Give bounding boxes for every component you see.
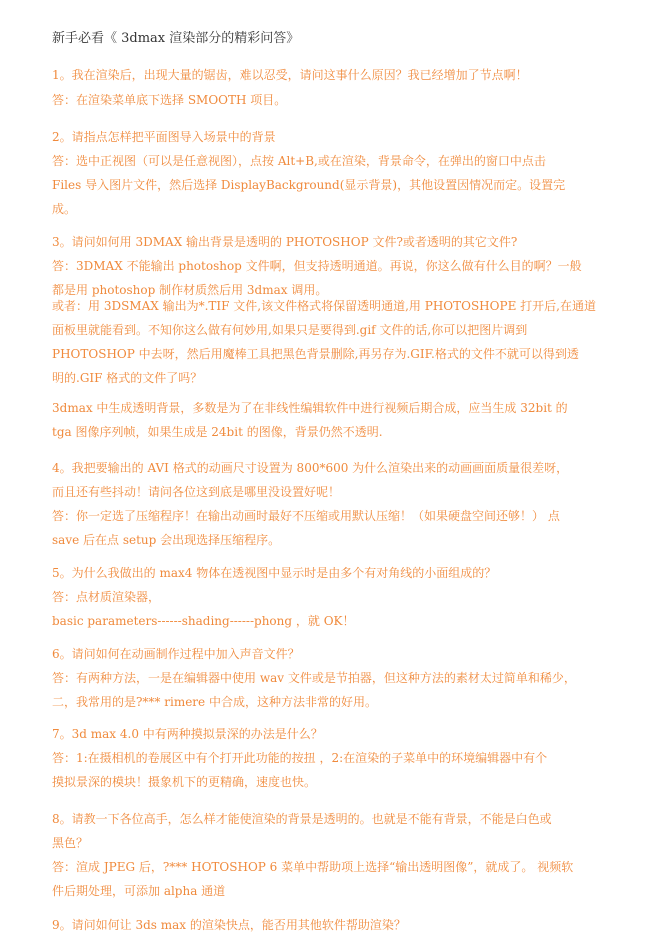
text-line: 1。我在渲染后，出现大量的锯齿，难以忍受，请问这事什么原因？我已经增加了节点啊！ [52, 66, 528, 83]
text-line: 成。 [52, 200, 76, 217]
text-line: 4。我把要输出的 AVI 格式的动画尺寸设置为 800*600 为什么渲染出来的… [52, 459, 568, 476]
text-line: 件后期处理，可添加 alpha 通道 [52, 882, 225, 899]
text-line: 答：在渲染菜单底下选择 SMOOTH 项目。 [52, 91, 286, 108]
text-line: 答：有两种方法，一是在编辑器中使用 wav 文件或是节拍器，但这种方法的素材太过… [52, 669, 576, 686]
text-line: 明的.GIF 格式的文件了吗？ [52, 369, 202, 386]
text-line: 2。请指点怎样把平面图导入场景中的背景 [52, 128, 276, 145]
text-line: basic parameters------shading------phong… [52, 612, 355, 629]
text-line: 7。3d max 4.0 中有两种摸拟景深的办法是什么？ [52, 725, 323, 742]
text-line: 面板里就能看到。不知你这么做有何妙用,如果只是要得到.gif 文件的话,你可以把… [52, 321, 527, 338]
text-line: 答：选中正视图（可以是任意视图），点按 Alt+B,或在渲染，背景命令，在弹出的… [52, 152, 546, 169]
text-line: 黑色？ [52, 834, 88, 851]
text-line: 答：3DMAX 不能输出 photoshop 文件啊，但支持透明通道。再说，你这… [52, 257, 582, 274]
document-title: 新手必看《 3dmax 渲染部分的精彩问答》 [52, 27, 299, 46]
text-line: 答：点材质渲染器， [52, 588, 160, 605]
text-line: 3。请问如何用 3DMAX 输出背景是透明的 PHOTOSHOP 文件?或者透明… [52, 233, 517, 250]
text-line: 答：1:在摄相机的卷展区中有个打开此功能的按扭 ，2:在渲染的子菜单中的环境编辑… [52, 749, 547, 766]
text-line: Files 导入图片文件，然后选择 DisplayBackground(显示背景… [52, 176, 565, 193]
text-line: 摸拟景深的模块！摄象机下的更精确，速度也快。 [52, 773, 316, 790]
text-line: 6。请问如何在动画制作过程中加入声音文件？ [52, 645, 300, 662]
text-line: 答：渲成 JPEG 后，?*** HOTOSHOP 6 菜单中帮助项上选择“输出… [52, 858, 573, 875]
text-line: 都是用 photoshop 制作材质然后用 3dmax 调用。 [52, 281, 327, 298]
text-line: 而且还有些抖动！请问各位这到底是哪里没设置好呢！ [52, 483, 340, 500]
text-line: 8。请教一下各位高手，怎么样才能使渲染的背景是透明的。也就是不能有背景，不能是白… [52, 810, 552, 827]
text-line: 二，我常用的是?*** rimere 中合成，这种方法非常的好用。 [52, 693, 377, 710]
text-line: PHOTOSHOP 中去呀，然后用魔棒工具把黑色背景删除,再另存为.GIF.格式… [52, 345, 579, 362]
text-line: 答：你一定选了压缩程序！在输出动画时最好不压缩或用默认压缩！（如果硬盘空间还够！… [52, 507, 560, 524]
text-line: 3dmax 中生成透明背景，多数是为了在非线性编辑软件中进行视频后期合成，应当生… [52, 399, 568, 416]
text-line: 9。请问如何让 3ds max 的渲染快点，能否用其他软件帮助渲染？ [52, 916, 406, 933]
text-line: 5。为什么我做出的 max4 物体在透视图中显示时是由多个有对角线的小面组成的？ [52, 564, 496, 581]
text-line: 或者：用 3DSMAX 输出为*.TIF 文件,该文件格式将保留透明通道,用 P… [52, 297, 596, 314]
text-line: tga 图像序列帧，如果生成是 24bit 的图像，背景仍然不透明. [52, 423, 383, 440]
text-line: save 后在点 setup 会出现选择压缩程序。 [52, 531, 280, 548]
